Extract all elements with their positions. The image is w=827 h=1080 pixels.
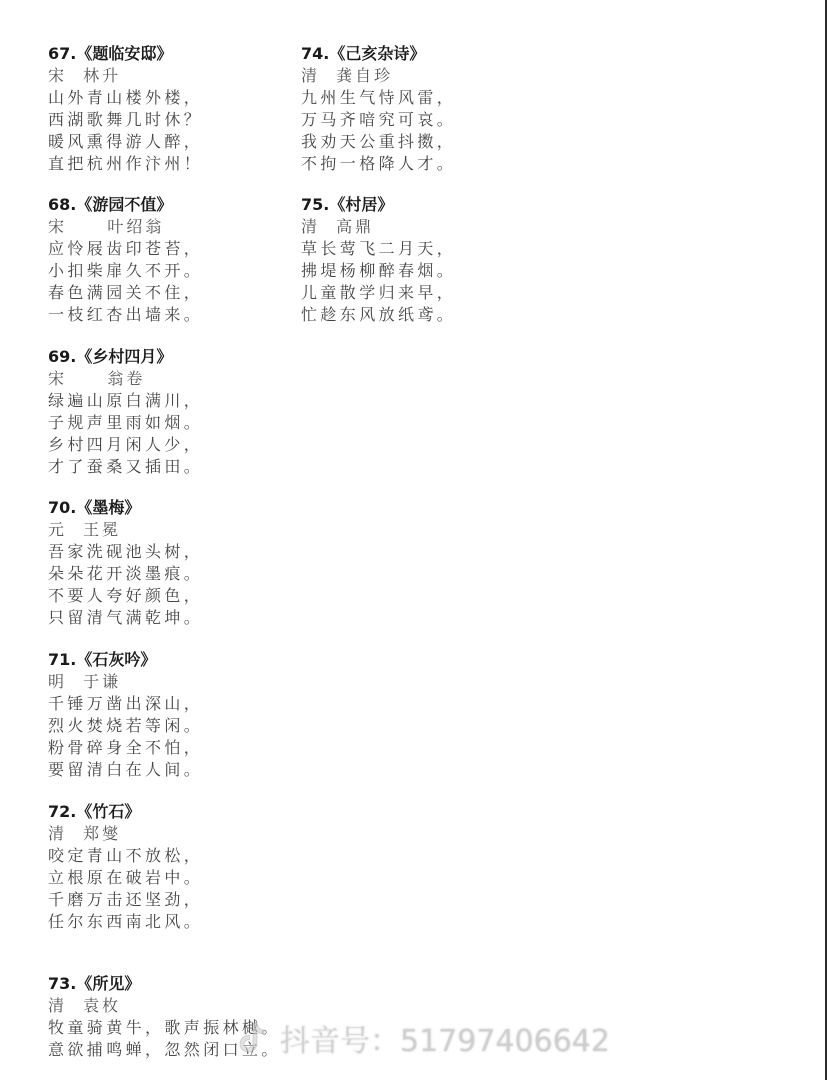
poem-line: 不拘一格降人才。	[301, 153, 561, 175]
poem-title-text: 《己亥杂诗》	[329, 44, 425, 63]
poem-title-text: 《竹石》	[76, 802, 140, 821]
poem-number: 74.	[301, 44, 329, 63]
poem-author: 宋 翁卷	[48, 368, 308, 390]
poem-author: 清 袁枚	[48, 995, 368, 1017]
poem-title-text: 《石灰吟》	[76, 650, 156, 669]
poem-title: 69.《乡村四月》	[48, 346, 308, 368]
poem-line: 粉骨碎身全不怕，	[48, 737, 308, 759]
poem-line: 一枝红杏出墙来。	[48, 304, 308, 326]
poem-line: 直把杭州作汴州！	[48, 153, 308, 175]
poem-line: 千锤万凿出深山，	[48, 693, 308, 715]
poem-title-text: 《乡村四月》	[76, 347, 172, 366]
poem-line: 小扣柴扉久不开。	[48, 260, 308, 282]
poem-line: 子规声里雨如烟。	[48, 412, 308, 434]
poem-line: 儿童散学归来早，	[301, 282, 561, 304]
poem-title: 67.《题临安邸》	[48, 43, 308, 65]
poem-line: 千磨万击还坚劲，	[48, 889, 308, 911]
poem-author: 清 高鼎	[301, 216, 561, 238]
poem-73: 73.《所见》 清 袁枚 牧童骑黄牛，歌声振林樾。 意欲捕鸣蝉，忽然闭口立。	[48, 973, 368, 1061]
poem-72: 72.《竹石》 清 郑燮 咬定青山不放松， 立根原在破岩中。 千磨万击还坚劲， …	[48, 801, 308, 933]
poem-line: 西湖歌舞几时休？	[48, 109, 308, 131]
poem-number: 72.	[48, 802, 76, 821]
poem-line: 暖风熏得游人醉，	[48, 131, 308, 153]
poem-number: 70.	[48, 498, 76, 517]
poem-title: 75.《村居》	[301, 194, 561, 216]
poem-line: 拂堤杨柳醉春烟。	[301, 260, 561, 282]
poem-75: 75.《村居》 清 高鼎 草长莺飞二月天， 拂堤杨柳醉春烟。 儿童散学归来早， …	[301, 194, 561, 326]
poem-author: 元 王冕	[48, 519, 308, 541]
poem-title-text: 《村居》	[329, 195, 393, 214]
poem-line: 草长莺飞二月天，	[301, 238, 561, 260]
poem-number: 67.	[48, 44, 76, 63]
poem-title: 72.《竹石》	[48, 801, 308, 823]
poem-68: 68.《游园不值》 宋 叶绍翁 应怜屐齿印苍苔， 小扣柴扉久不开。 春色满园关不…	[48, 194, 308, 326]
poem-line: 要留清白在人间。	[48, 759, 308, 781]
poem-line: 牧童骑黄牛，歌声振林樾。	[48, 1017, 368, 1039]
poem-title: 74.《己亥杂诗》	[301, 43, 561, 65]
poem-author: 明 于谦	[48, 671, 308, 693]
poem-title-text: 《题临安邸》	[76, 44, 172, 63]
poem-title-text: 《所见》	[76, 974, 140, 993]
poem-71: 71.《石灰吟》 明 于谦 千锤万凿出深山， 烈火焚烧若等闲。 粉骨碎身全不怕，…	[48, 649, 308, 781]
poem-title: 73.《所见》	[48, 973, 368, 995]
poem-line: 九州生气恃风雷，	[301, 87, 561, 109]
poem-line: 应怜屐齿印苍苔，	[48, 238, 308, 260]
poem-title-text: 《墨梅》	[76, 498, 140, 517]
poem-67: 67.《题临安邸》 宋 林升 山外青山楼外楼， 西湖歌舞几时休？ 暖风熏得游人醉…	[48, 43, 308, 175]
poem-line: 咬定青山不放松，	[48, 845, 308, 867]
poem-line: 绿遍山原白满川，	[48, 390, 308, 412]
poem-line: 才了蚕桑又插田。	[48, 456, 308, 478]
poem-author: 宋 林升	[48, 65, 308, 87]
poem-line: 乡村四月闲人少，	[48, 434, 308, 456]
poem-number: 68.	[48, 195, 76, 214]
poem-70: 70.《墨梅》 元 王冕 吾家洗砚池头树， 朵朵花开淡墨痕。 不要人夸好颜色， …	[48, 497, 308, 629]
poem-number: 69.	[48, 347, 76, 366]
poem-author: 宋 叶绍翁	[48, 216, 308, 238]
poem-74: 74.《己亥杂诗》 清 龚自珍 九州生气恃风雷， 万马齐喑究可哀。 我劝天公重抖…	[301, 43, 561, 175]
poem-line: 烈火焚烧若等闲。	[48, 715, 308, 737]
poem-line: 只留清气满乾坤。	[48, 607, 308, 629]
poem-author: 清 龚自珍	[301, 65, 561, 87]
poem-line: 忙趁东风放纸鸢。	[301, 304, 561, 326]
poem-line: 任尔东西南北风。	[48, 911, 308, 933]
poem-number: 75.	[301, 195, 329, 214]
poem-line: 吾家洗砚池头树，	[48, 541, 308, 563]
poem-title: 68.《游园不值》	[48, 194, 308, 216]
poem-number: 73.	[48, 974, 76, 993]
poem-line: 万马齐喑究可哀。	[301, 109, 561, 131]
poem-line: 朵朵花开淡墨痕。	[48, 563, 308, 585]
poem-line: 山外青山楼外楼，	[48, 87, 308, 109]
poem-line: 我劝天公重抖擞，	[301, 131, 561, 153]
poem-number: 71.	[48, 650, 76, 669]
poem-author: 清 郑燮	[48, 823, 308, 845]
poem-title: 70.《墨梅》	[48, 497, 308, 519]
poem-title: 71.《石灰吟》	[48, 649, 308, 671]
poem-line: 立根原在破岩中。	[48, 867, 308, 889]
poem-line: 不要人夸好颜色，	[48, 585, 308, 607]
poem-line: 春色满园关不住，	[48, 282, 308, 304]
poem-69: 69.《乡村四月》 宋 翁卷 绿遍山原白满川， 子规声里雨如烟。 乡村四月闲人少…	[48, 346, 308, 478]
poem-title-text: 《游园不值》	[76, 195, 172, 214]
poem-line: 意欲捕鸣蝉，忽然闭口立。	[48, 1039, 368, 1061]
